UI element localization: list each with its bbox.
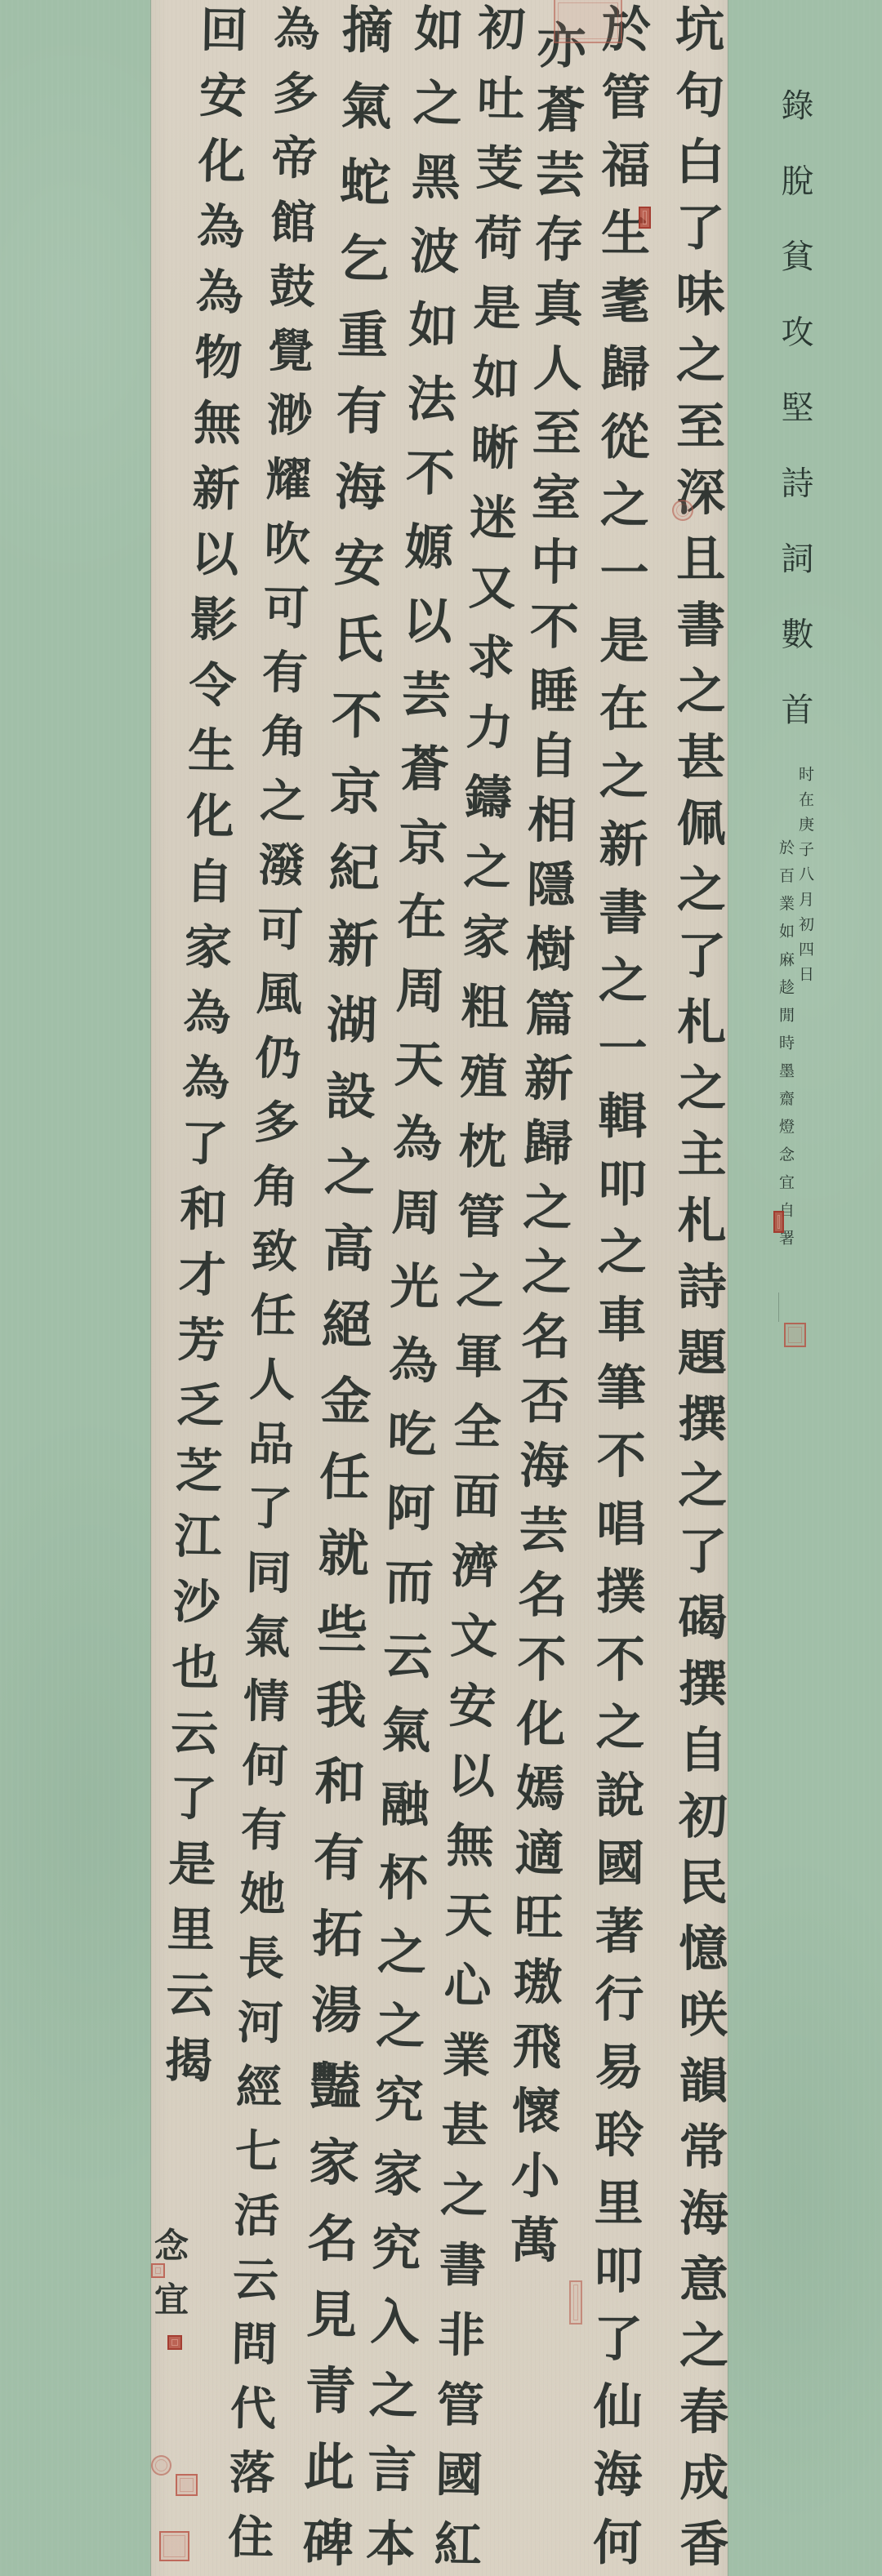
seal-round-lower-left <box>151 2455 171 2476</box>
seal-below-inscription <box>784 1323 806 1347</box>
margin-guide-line <box>778 1292 779 1322</box>
seal-square-bottom-left <box>159 2531 189 2561</box>
inscription-signature-column: 於百業如麻趁閒時墨齋燈念宜自署 <box>777 839 793 1245</box>
seal-round-column-1 <box>672 500 693 521</box>
calligraphy-column-2: 於管福生耄歸從之一是在之新書之一輯叩之車筆不唱撲不之說國著行易聆里叩了仙海何 <box>589 3 647 2565</box>
calligraphy-column-8: 回安化為為物無新以影令生化自家為為了和才芳乏芝江沙也云了是里云揭 <box>161 4 244 2083</box>
mounting-left-border <box>0 0 151 2576</box>
seal-square-lower-left <box>176 2474 198 2496</box>
seal-small-column-2 <box>639 207 651 229</box>
seal-signature-inline <box>151 2263 165 2278</box>
inscription-date-column: 时在庚子八月初四日 <box>796 766 813 981</box>
calligraphy-column-1: 坑句白了味之至深且書之甚佩之了札之主札詩題撰之了碣撰自初民憶咲韻常海意之春成香 <box>671 3 724 2567</box>
calligraphy-paper: 坑句白了味之至深且書之甚佩之了札之主札詩題撰之了碣撰自初民憶咲韻常海意之春成香 … <box>151 0 728 2576</box>
scroll-title: 錄脫貧攻堅詩詞數首 <box>777 88 811 725</box>
seal-below-signature <box>167 2335 182 2350</box>
seal-inscription <box>773 1211 784 1233</box>
seal-tall-column-2 <box>569 2280 582 2325</box>
seal-top-rectangle <box>554 0 622 43</box>
